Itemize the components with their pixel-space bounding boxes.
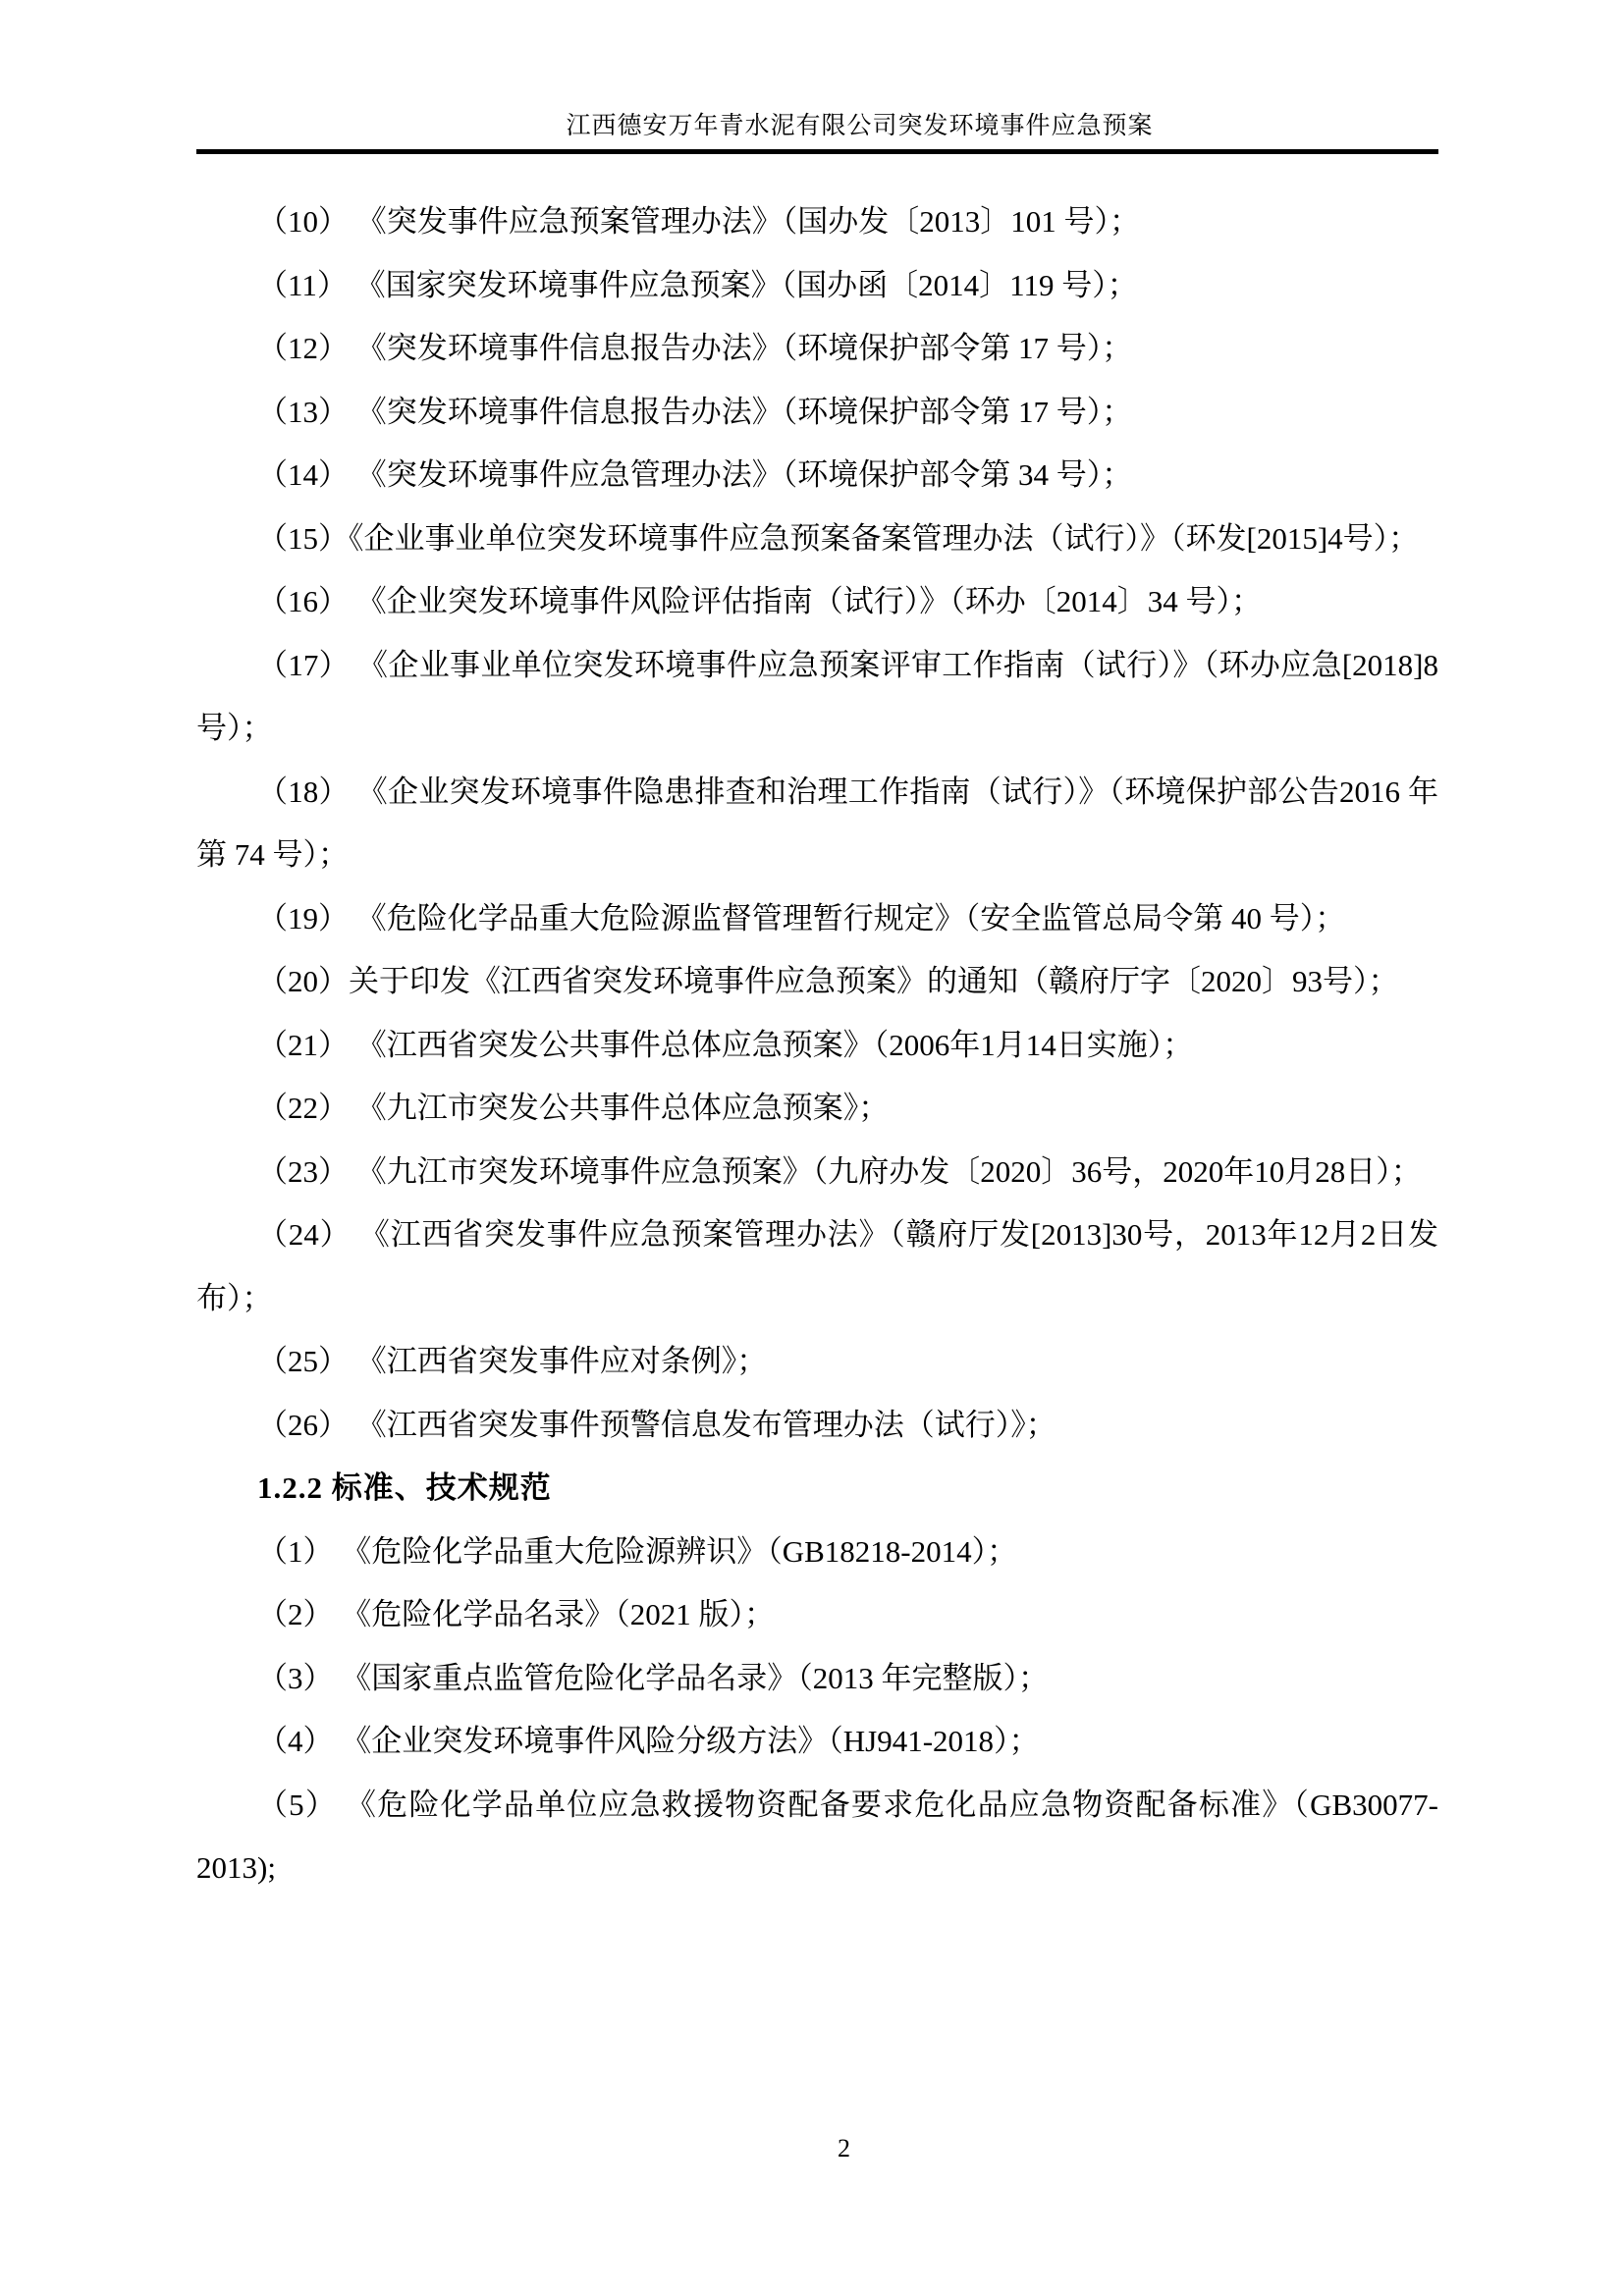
- reference-list-item: （4） 《企业突发环境事件风险分级方法》（HJ941-2018）；: [196, 1710, 1438, 1774]
- reference-list-item: （17） 《企业事业单位突发环境事件应急预案评审工作指南（试行）》（环办应急[2…: [196, 634, 1438, 761]
- reference-list-item: （12） 《突发环境事件信息报告办法》（环境保护部令第 17 号）；: [196, 317, 1438, 381]
- page-header-title: 江西德安万年青水泥有限公司突发环境事件应急预案: [566, 113, 1153, 139]
- reference-list-item: （13） 《突发环境事件信息报告办法》（环境保护部令第 17 号）；: [196, 381, 1438, 445]
- reference-list-item: （14） 《突发环境事件应急管理办法》（环境保护部令第 34 号）；: [196, 444, 1438, 507]
- reference-list-item: （20）关于印发《江西省突发环境事件应急预案》的通知（赣府厅字〔2020〕93号…: [196, 950, 1438, 1014]
- reference-list-item: （5） 《危险化学品单位应急救援物资配备要求危化品应急物资配备标准》（GB300…: [196, 1774, 1438, 1900]
- reference-list-item: （2） 《危险化学品名录》（2021 版）；: [196, 1583, 1438, 1647]
- reference-list-item: （19） 《危险化学品重大危险源监督管理暂行规定》（安全监管总局令第 40 号）…: [196, 887, 1438, 951]
- page-header: 江西德安万年青水泥有限公司突发环境事件应急预案: [196, 110, 1438, 154]
- reference-list-item: （24） 《江西省突发事件应急预案管理办法》（赣府厅发[2013]30号，201…: [196, 1203, 1438, 1330]
- section-heading: 1.2.2 标准、技术规范: [196, 1457, 1438, 1521]
- reference-list-item: （11） 《国家突发环境事件应急预案》（国办函〔2014〕119 号）；: [196, 254, 1438, 318]
- page-number: 2: [838, 2134, 850, 2163]
- reference-list-item: （23） 《九江市突发环境事件应急预案》（九府办发〔2020〕36号，2020年…: [196, 1141, 1438, 1204]
- reference-list-item: （21） 《江西省突发公共事件总体应急预案》（2006年1月14日实施）；: [196, 1014, 1438, 1078]
- reference-list-item: （15）《企业事业单位突发环境事件应急预案备案管理办法（试行）》（环发[2015…: [196, 507, 1438, 571]
- reference-list-item: （1） 《危险化学品重大危险源辨识》（GB18218-2014）；: [196, 1521, 1438, 1584]
- reference-list-item: （16） 《企业突发环境事件风险评估指南（试行）》（环办〔2014〕34 号）；: [196, 570, 1438, 634]
- reference-list-item: （3） 《国家重点监管危险化学品名录》（2013 年完整版）；: [196, 1647, 1438, 1711]
- reference-list-item: （18） 《企业突发环境事件隐患排查和治理工作指南（试行）》（环境保护部公告20…: [196, 761, 1438, 887]
- page-footer: 2: [196, 2132, 1438, 2165]
- reference-list-item: （10） 《突发事件应急预案管理办法》（国办发〔2013〕101 号）；: [196, 190, 1438, 254]
- reference-list-item: （25） 《江西省突发事件应对条例》；: [196, 1330, 1438, 1394]
- reference-list-item: （26） 《江西省突发事件预警信息发布管理办法（试行）》；: [196, 1394, 1438, 1458]
- reference-list-item: （22） 《九江市突发公共事件总体应急预案》；: [196, 1077, 1438, 1141]
- document-body: （10） 《突发事件应急预案管理办法》（国办发〔2013〕101 号）；（11）…: [196, 190, 1438, 1900]
